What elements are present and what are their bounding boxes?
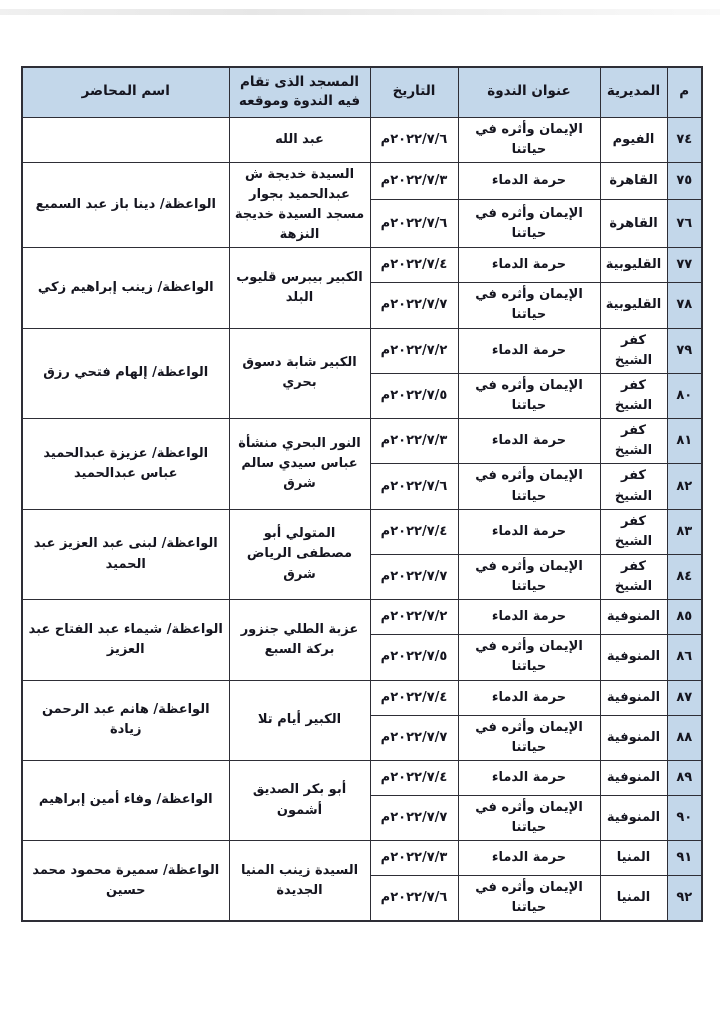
table-row: ٨٩المنوفيةحرمة الدماء٢٠٢٢/٧/٤مأبو بكر ال… [22, 760, 702, 795]
mosque-cell: السيدة زينب المنيا الجديدة [229, 841, 370, 922]
directorate-cell: المنيا [600, 876, 667, 922]
seminar-schedule-table: م المديرية عنوان الندوة التاريخ المسجد ا… [21, 66, 703, 922]
mosque-cell: عزبة الطلي جنزور بركة السبع [229, 600, 370, 680]
table-row: ٧٧القليوبيةحرمة الدماء٢٠٢٢/٧/٤مالكبير بي… [22, 248, 702, 283]
seminar-title-cell: حرمة الدماء [458, 600, 600, 635]
directorate-cell: القليوبية [600, 283, 667, 328]
seminar-title-cell: الإيمان وأثره في حياتنا [458, 373, 600, 418]
mosque-cell: الكبير بيبرس قليوب البلد [229, 248, 370, 328]
row-number-cell: ٧٥ [667, 162, 702, 199]
row-number-cell: ٧٤ [667, 117, 702, 162]
lecturer-cell: الواعظة/ عزيزة عبدالحميد عباس عبدالحميد [22, 419, 229, 510]
row-number-cell: ٨٢ [667, 464, 702, 509]
seminar-title-cell: الإيمان وأثره في حياتنا [458, 200, 600, 248]
seminar-title-cell: حرمة الدماء [458, 680, 600, 715]
header-no: م [667, 67, 702, 117]
document-page: م المديرية عنوان الندوة التاريخ المسجد ا… [0, 0, 720, 1018]
date-cell: ٢٠٢٢/٧/٦م [370, 117, 458, 162]
table-row: ٨٥المنوفيةحرمة الدماء٢٠٢٢/٧/٢معزبة الطلي… [22, 600, 702, 635]
row-number-cell: ٩٢ [667, 876, 702, 922]
row-number-cell: ٨٨ [667, 715, 702, 760]
directorate-cell: القليوبية [600, 248, 667, 283]
seminar-title-cell: حرمة الدماء [458, 328, 600, 373]
table-row: ٧٥القاهرةحرمة الدماء٢٠٢٢/٧/٣مالسيدة خديج… [22, 162, 702, 199]
directorate-cell: المنيا [600, 841, 667, 876]
lecturer-cell: الواعظة/ زينب إبراهيم زكي [22, 248, 229, 328]
row-number-cell: ٨٩ [667, 760, 702, 795]
date-cell: ٢٠٢٢/٧/٤م [370, 248, 458, 283]
date-cell: ٢٠٢٢/٧/٤م [370, 680, 458, 715]
date-cell: ٢٠٢٢/٧/٤م [370, 760, 458, 795]
row-number-cell: ٨٥ [667, 600, 702, 635]
date-cell: ٢٠٢٢/٧/٦م [370, 464, 458, 509]
row-number-cell: ٧٩ [667, 328, 702, 373]
directorate-cell: كفر الشيخ [600, 555, 667, 600]
date-cell: ٢٠٢٢/٧/٢م [370, 328, 458, 373]
row-number-cell: ٧٧ [667, 248, 702, 283]
lecturer-cell: الواعظة/ شيماء عبد الفتاح عبد العزيز [22, 600, 229, 680]
seminar-title-cell: الإيمان وأثره في حياتنا [458, 283, 600, 328]
table-row: ٨٣كفر الشيخحرمة الدماء٢٠٢٢/٧/٤مالمتولي أ… [22, 509, 702, 554]
mosque-cell: المتولي أبو مصطفى الرياض شرق [229, 509, 370, 600]
row-number-cell: ٧٦ [667, 200, 702, 248]
directorate-cell: كفر الشيخ [600, 373, 667, 418]
table-row: ٨٧المنوفيةحرمة الدماء٢٠٢٢/٧/٤مالكبير أيا… [22, 680, 702, 715]
mosque-cell: النور البحري منشأة عباس سيدي سالم شرق [229, 419, 370, 510]
date-cell: ٢٠٢٢/٧/٧م [370, 283, 458, 328]
mosque-cell: أبو بكر الصديق أشمون [229, 760, 370, 840]
date-cell: ٢٠٢٢/٧/٥م [370, 373, 458, 418]
date-cell: ٢٠٢٢/٧/٦م [370, 200, 458, 248]
directorate-cell: القاهرة [600, 162, 667, 199]
mosque-cell: عبد الله [229, 117, 370, 162]
page-top-shadow [0, 9, 720, 15]
seminar-title-cell: الإيمان وأثره في حياتنا [458, 635, 600, 680]
lecturer-cell: الواعظة/ وفاء أمين إبراهيم [22, 760, 229, 840]
row-number-cell: ٧٨ [667, 283, 702, 328]
table-row: ٧٤الفيومالإيمان وأثره في حياتنا٢٠٢٢/٧/٦م… [22, 117, 702, 162]
date-cell: ٢٠٢٢/٧/٢م [370, 600, 458, 635]
date-cell: ٢٠٢٢/٧/٣م [370, 162, 458, 199]
date-cell: ٢٠٢٢/٧/٧م [370, 715, 458, 760]
row-number-cell: ٨٧ [667, 680, 702, 715]
seminar-title-cell: الإيمان وأثره في حياتنا [458, 715, 600, 760]
mosque-cell: السيدة خديجة ش عبدالحميد بجوار مسجد السي… [229, 162, 370, 248]
lecturer-cell: الواعظة/ دينا باز عبد السميع [22, 162, 229, 248]
seminar-title-cell: الإيمان وأثره في حياتنا [458, 876, 600, 922]
date-cell: ٢٠٢٢/٧/٤م [370, 509, 458, 554]
directorate-cell: المنوفية [600, 795, 667, 840]
seminar-title-cell: حرمة الدماء [458, 248, 600, 283]
directorate-cell: كفر الشيخ [600, 328, 667, 373]
header-row: م المديرية عنوان الندوة التاريخ المسجد ا… [22, 67, 702, 117]
date-cell: ٢٠٢٢/٧/٥م [370, 635, 458, 680]
date-cell: ٢٠٢٢/٧/٧م [370, 795, 458, 840]
header-lecturer: اسم المحاضر [22, 67, 229, 117]
seminar-title-cell: حرمة الدماء [458, 509, 600, 554]
seminar-title-cell: حرمة الدماء [458, 841, 600, 876]
seminar-title-cell: الإيمان وأثره في حياتنا [458, 117, 600, 162]
row-number-cell: ٩٠ [667, 795, 702, 840]
directorate-cell: المنوفية [600, 680, 667, 715]
table-row: ٩١المنياحرمة الدماء٢٠٢٢/٧/٣مالسيدة زينب … [22, 841, 702, 876]
date-cell: ٢٠٢٢/٧/٦م [370, 876, 458, 922]
directorate-cell: المنوفية [600, 635, 667, 680]
row-number-cell: ٨٦ [667, 635, 702, 680]
header-date: التاريخ [370, 67, 458, 117]
table-row: ٧٩كفر الشيخحرمة الدماء٢٠٢٢/٧/٢مالكبير شا… [22, 328, 702, 373]
header-mosque: المسجد الذى تقام فيه الندوة وموقعه [229, 67, 370, 117]
row-number-cell: ٨٣ [667, 509, 702, 554]
header-seminar-title: عنوان الندوة [458, 67, 600, 117]
seminar-title-cell: حرمة الدماء [458, 419, 600, 464]
directorate-cell: كفر الشيخ [600, 464, 667, 509]
lecturer-cell: الواعظة/ سميرة محمود محمد حسين [22, 841, 229, 922]
directorate-cell: القاهرة [600, 200, 667, 248]
row-number-cell: ٨٠ [667, 373, 702, 418]
header-directorate: المديرية [600, 67, 667, 117]
directorate-cell: المنوفية [600, 760, 667, 795]
lecturer-cell: الواعظة/ إلهام فتحي رزق [22, 328, 229, 419]
date-cell: ٢٠٢٢/٧/٧م [370, 555, 458, 600]
directorate-cell: الفيوم [600, 117, 667, 162]
seminar-title-cell: حرمة الدماء [458, 760, 600, 795]
row-number-cell: ٨١ [667, 419, 702, 464]
date-cell: ٢٠٢٢/٧/٣م [370, 419, 458, 464]
lecturer-cell: الواعظة/ لبنى عبد العزيز عبد الحميد [22, 509, 229, 600]
mosque-cell: الكبير شابة دسوق بحري [229, 328, 370, 419]
mosque-cell: الكبير أيام تلا [229, 680, 370, 760]
table-row: ٨١كفر الشيخحرمة الدماء٢٠٢٢/٧/٣مالنور الب… [22, 419, 702, 464]
directorate-cell: المنوفية [600, 600, 667, 635]
seminar-title-cell: الإيمان وأثره في حياتنا [458, 464, 600, 509]
lecturer-cell: الواعظة/ هانم عبد الرحمن زيادة [22, 680, 229, 760]
seminar-title-cell: الإيمان وأثره في حياتنا [458, 795, 600, 840]
directorate-cell: كفر الشيخ [600, 509, 667, 554]
seminar-title-cell: الإيمان وأثره في حياتنا [458, 555, 600, 600]
date-cell: ٢٠٢٢/٧/٣م [370, 841, 458, 876]
directorate-cell: المنوفية [600, 715, 667, 760]
row-number-cell: ٩١ [667, 841, 702, 876]
seminar-title-cell: حرمة الدماء [458, 162, 600, 199]
directorate-cell: كفر الشيخ [600, 419, 667, 464]
row-number-cell: ٨٤ [667, 555, 702, 600]
lecturer-cell [22, 117, 229, 162]
